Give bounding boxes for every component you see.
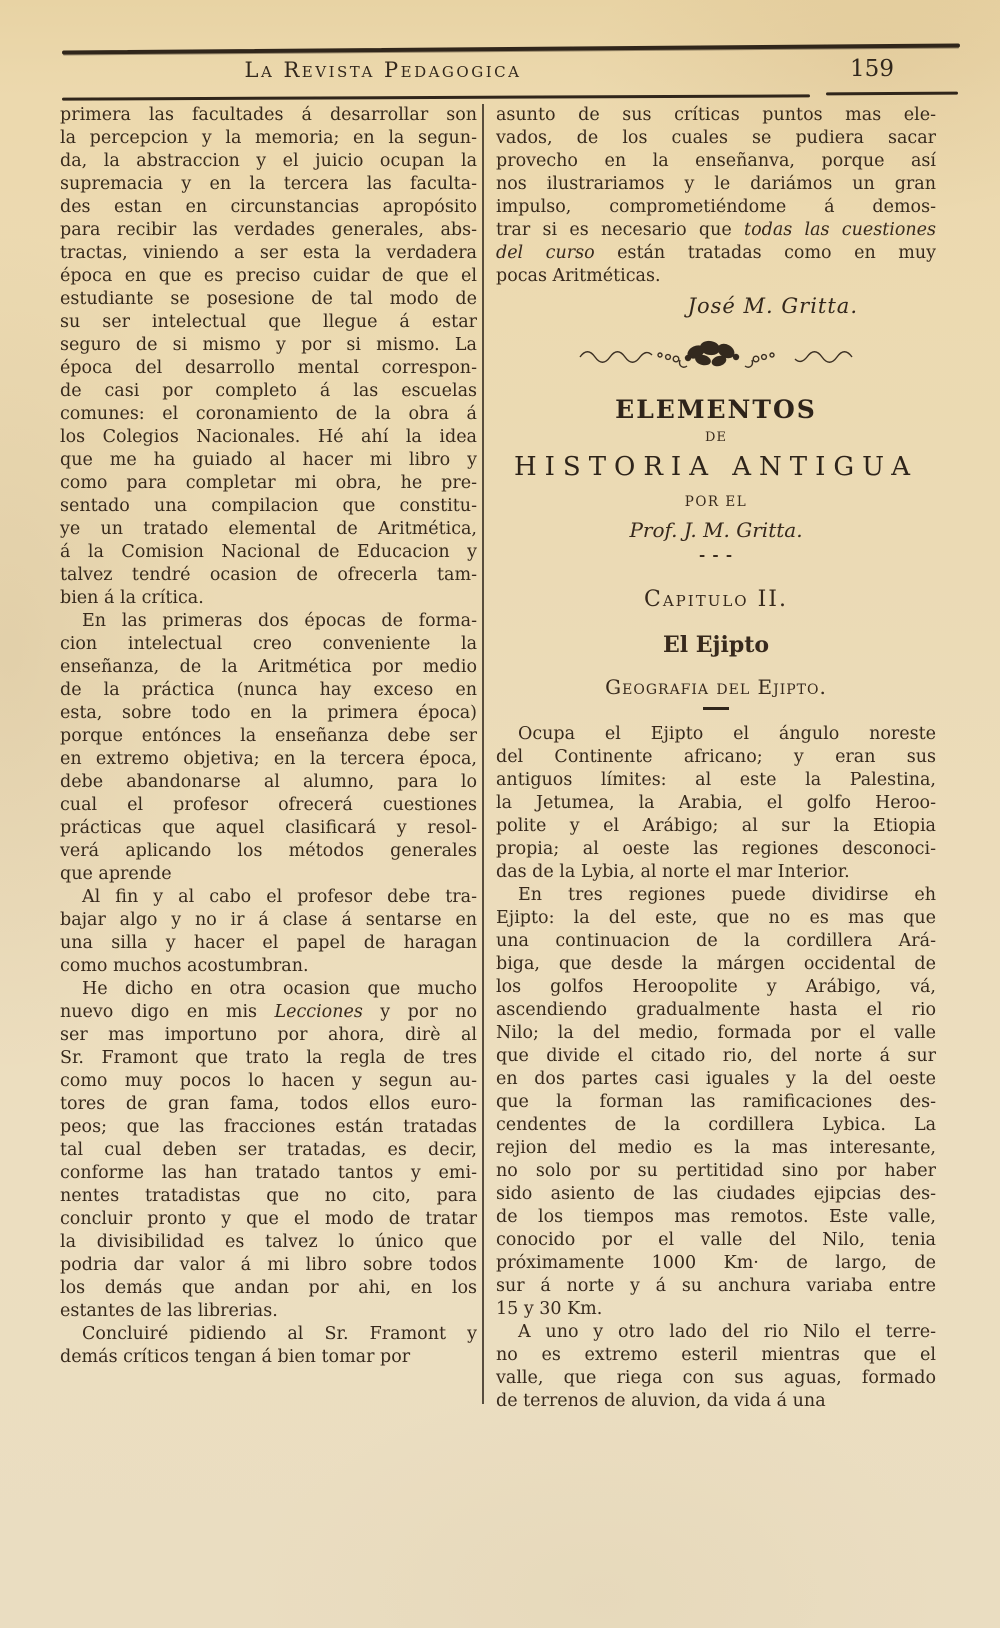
text-line: una silla y hacer el papel de haragan: [60, 932, 477, 955]
header-rule-left-segment: [62, 94, 810, 100]
text-line: polite y el Arábigo; al sur la Etiopia: [496, 815, 936, 838]
text-line: impulso, comprometiéndome á demos-: [496, 196, 936, 219]
text-line: supremacia y en la tercera las faculta-: [60, 173, 477, 196]
text-line: valle, que riega con sus aguas, formado: [496, 1367, 936, 1390]
text-line: verá aplicando los métodos generales: [60, 840, 477, 863]
column-divider-rule: [482, 104, 484, 1404]
article-title-main: HISTORIA ANTIGUA: [496, 456, 936, 479]
text-line: das de la Lybia, al norte el mar Interio…: [496, 861, 936, 884]
section-heading: Geografia del Ejipto.: [496, 676, 936, 699]
text-line: nos ilustrariamos y le dariámos un gran: [496, 173, 936, 196]
text-line: peos; que las fracciones están tratadas: [60, 1116, 477, 1139]
text-line: vados, de los cuales se pudiera sacar: [496, 127, 936, 150]
text-line: en dos partes casi iguales y la del oest…: [496, 1068, 936, 1091]
text-line: seguro de si mismo y por si mismo. La: [60, 334, 477, 357]
text-line: demás críticos tengan á bien tomar por: [60, 1346, 477, 1369]
paragraph: En las primeras dos épocas de forma-cion…: [60, 610, 477, 886]
text-line: antiguos límites: al este la Palestina,: [496, 769, 936, 792]
text-line: próximamente 1000 Km· de largo, de: [496, 1252, 936, 1275]
text-line: Concluiré pidiendo al Sr. Framont y: [60, 1323, 477, 1346]
text-line: tores de gran fama, todos ellos euro-: [60, 1093, 477, 1116]
text-line: para recibir las verdades generales, abs…: [60, 219, 477, 242]
text-line: no solo por su pertitidad sino por haber: [496, 1160, 936, 1183]
article-title: ELEMENTOS: [496, 398, 936, 421]
paragraph: asunto de sus críticas puntos mas ele-va…: [496, 104, 936, 288]
text-line: cual el profesor ofrecerá cuestiones: [60, 794, 477, 817]
text-line: Sr. Framont que trato la regla de tres: [60, 1047, 477, 1070]
text-line: en extremo objetiva; en la tercera época…: [60, 748, 477, 771]
text-line: porque entónces la enseñanza debe ser: [60, 725, 477, 748]
text-line: prácticas que aquel clasificará y resol-: [60, 817, 477, 840]
text-line: á la Comision Nacional de Educacion y: [60, 541, 477, 564]
text-line: nentes tratadistas que no cito, para: [60, 1185, 477, 1208]
author-signature: José M. Gritta.: [496, 295, 936, 318]
right-column-body-text: Ocupa el Ejipto el ángulo norestedel Con…: [496, 723, 936, 1413]
floral-vine-divider-icon: [576, 336, 856, 372]
article-title-de: DE: [496, 426, 936, 449]
text-line: la Jetumea, la Arabia, el golfo Heroo-: [496, 792, 936, 815]
text-line: del curso están tratadas como en muy: [496, 242, 936, 265]
chapter-title: El Ejipto: [496, 634, 936, 657]
text-line: primera las facultades á desarrollar son: [60, 104, 477, 127]
text-line: que divide el citado rio, del norte á su…: [496, 1045, 936, 1068]
paragraph: En tres regiones puede dividirse ehEjipt…: [496, 884, 936, 1321]
text-line: de los tiempos mas remotos. Este valle,: [496, 1206, 936, 1229]
text-line: provecho en la enseñanva, porque así: [496, 150, 936, 173]
text-line: no es extremo esteril mientras que el: [496, 1344, 936, 1367]
text-line: comunes: el coronamiento de la obra á: [60, 403, 477, 426]
text-line: Nilo; la del medio, formada por el valle: [496, 1022, 936, 1045]
journal-title: La Revista Pedagogica: [60, 58, 706, 82]
text-line: de casi por completo á las escuelas: [60, 380, 477, 403]
text-line: nuevo digo en mis Lecciones y por no: [60, 1001, 477, 1024]
text-line: asunto de sus críticas puntos mas ele-: [496, 104, 936, 127]
left-column: primera las facultades á desarrollar son…: [60, 104, 477, 1369]
text-line: bien á la crítica.: [60, 587, 477, 610]
text-line: estudiante se posesione de tal modo de: [60, 288, 477, 311]
text-line: que me ha guiado al hacer mi libro y: [60, 449, 477, 472]
text-line: talvez tendré ocasion de ofrecerla tam-: [60, 564, 477, 587]
text-line: 15 y 30 Km.: [496, 1298, 936, 1321]
text-line: cion intelectual creo conveniente la: [60, 633, 477, 656]
text-line: de terrenos de aluvion, da vida á una: [496, 1390, 936, 1413]
text-line: sido asiento de las ciudades ejipcias de…: [496, 1183, 936, 1206]
text-line: una continuacion de la cordillera Ará-: [496, 930, 936, 953]
text-line: He dicho en otra ocasion que mucho: [60, 978, 477, 1001]
text-line: propia; al oeste las regiones desconoci-: [496, 838, 936, 861]
text-line: A uno y otro lado del rio Nilo el terre-: [496, 1321, 936, 1344]
text-line: da, la abstraccion y el juicio ocupan la: [60, 150, 477, 173]
text-line: bajar algo y no ir á clase á sentarse en: [60, 909, 477, 932]
text-line: la percepcion y la memoria; en la segun-: [60, 127, 477, 150]
text-line: tal cual deben ser tratadas, es decir,: [60, 1139, 477, 1162]
text-line: ser mas importuno por ahora, dirè al: [60, 1024, 477, 1047]
article-heading-block: ELEMENTOS DE HISTORIA ANTIGUA POR EL Pro…: [496, 398, 936, 710]
text-line: Ejipto: la del este, que no es mas que: [496, 907, 936, 930]
text-line: esta, sobre todo en la primera época): [60, 702, 477, 725]
text-line: de la práctica (nunca hay exceso en: [60, 679, 477, 702]
top-edge-rule: [62, 43, 960, 54]
text-line: que la forman las ramificaciones des-: [496, 1091, 936, 1114]
text-line: los demás que andan por ahi, en los: [60, 1277, 477, 1300]
text-line: enseñanza, de la Aritmética por medio: [60, 656, 477, 679]
text-line: su ser intelectual que llegue á estar: [60, 311, 477, 334]
text-line: cendentes de la cordillera Lybica. La: [496, 1114, 936, 1137]
text-line: época del desarrollo mental correspon-: [60, 357, 477, 380]
text-line: rejion del medio es la mas interesante,: [496, 1137, 936, 1160]
text-line: ye un tratado elemental de Aritmética,: [60, 518, 477, 541]
paragraph: A uno y otro lado del rio Nilo el terre-…: [496, 1321, 936, 1413]
text-line: pocas Aritméticas.: [496, 265, 936, 288]
text-line: podria dar valor á mi libro sobre todos: [60, 1254, 477, 1277]
text-line: estantes de las librerias.: [60, 1300, 477, 1323]
page-number: 159: [822, 56, 922, 82]
text-line: del Continente africano; y eran sus: [496, 746, 936, 769]
text-line: debe abandonarse al alumno, para lo: [60, 771, 477, 794]
text-line: concluir pronto y que el modo de tratar: [60, 1208, 477, 1231]
article-byline: Prof. J. M. Gritta.: [496, 519, 936, 542]
text-line: trar si es necesario que todas las cuest…: [496, 219, 936, 242]
journal-page: La Revista Pedagogica 159 primera las fa…: [0, 0, 1000, 1628]
right-column: asunto de sus críticas puntos mas ele-va…: [496, 104, 936, 1413]
section-divider-rule: [703, 707, 729, 710]
text-line: como para completar mi obra, he pre-: [60, 472, 477, 495]
paragraph: Concluiré pidiendo al Sr. Framont ydemás…: [60, 1323, 477, 1369]
paragraph: primera las facultades á desarrollar son…: [60, 104, 477, 610]
text-line: como muchos acostumbran.: [60, 955, 477, 978]
text-line: conocido por el valle del Nilo, tenia: [496, 1229, 936, 1252]
paragraph: He dicho en otra ocasion que muchonuevo …: [60, 978, 477, 1323]
text-line: tractas, viniendo a ser esta la verdader…: [60, 242, 477, 265]
text-line: Ocupa el Ejipto el ángulo noreste: [496, 723, 936, 746]
text-line: los Colegios Nacionales. Hé ahí la idea: [60, 426, 477, 449]
text-line: Al fin y al cabo el profesor debe tra-: [60, 886, 477, 909]
text-line: des estan en circunstancias apropósito: [60, 196, 477, 219]
text-line: En tres regiones puede dividirse eh: [496, 884, 936, 907]
article-byline-label: POR EL: [496, 491, 936, 514]
text-line: En las primeras dos épocas de forma-: [60, 610, 477, 633]
paragraph: Al fin y al cabo el profesor debe tra-ba…: [60, 886, 477, 978]
text-line: los golfos Heroopolite y Arábigo, vá,: [496, 976, 936, 999]
article-dash-divider: - - -: [496, 544, 936, 567]
text-line: como muy pocos lo hacen y segun au-: [60, 1070, 477, 1093]
text-line: ascendiendo gradualmente hasta el rio: [496, 999, 936, 1022]
chapter-heading: Capitulo II.: [496, 588, 936, 611]
text-line: la divisibilidad es talvez lo único que: [60, 1231, 477, 1254]
text-line: biga, que desde la márgen occidental de: [496, 953, 936, 976]
text-line: sur á norte y á su anchura variaba entre: [496, 1275, 936, 1298]
text-line: época en que es preciso cuidar de que el: [60, 265, 477, 288]
paragraph: Ocupa el Ejipto el ángulo norestedel Con…: [496, 723, 936, 884]
text-line: que aprende: [60, 863, 477, 886]
text-line: sentado una compilacion que constitu-: [60, 495, 477, 518]
header-rule-right-segment: [826, 92, 958, 96]
right-column-top-text: asunto de sus críticas puntos mas ele-va…: [496, 104, 936, 288]
text-line: conforme las han tratado tantos y emi-: [60, 1162, 477, 1185]
